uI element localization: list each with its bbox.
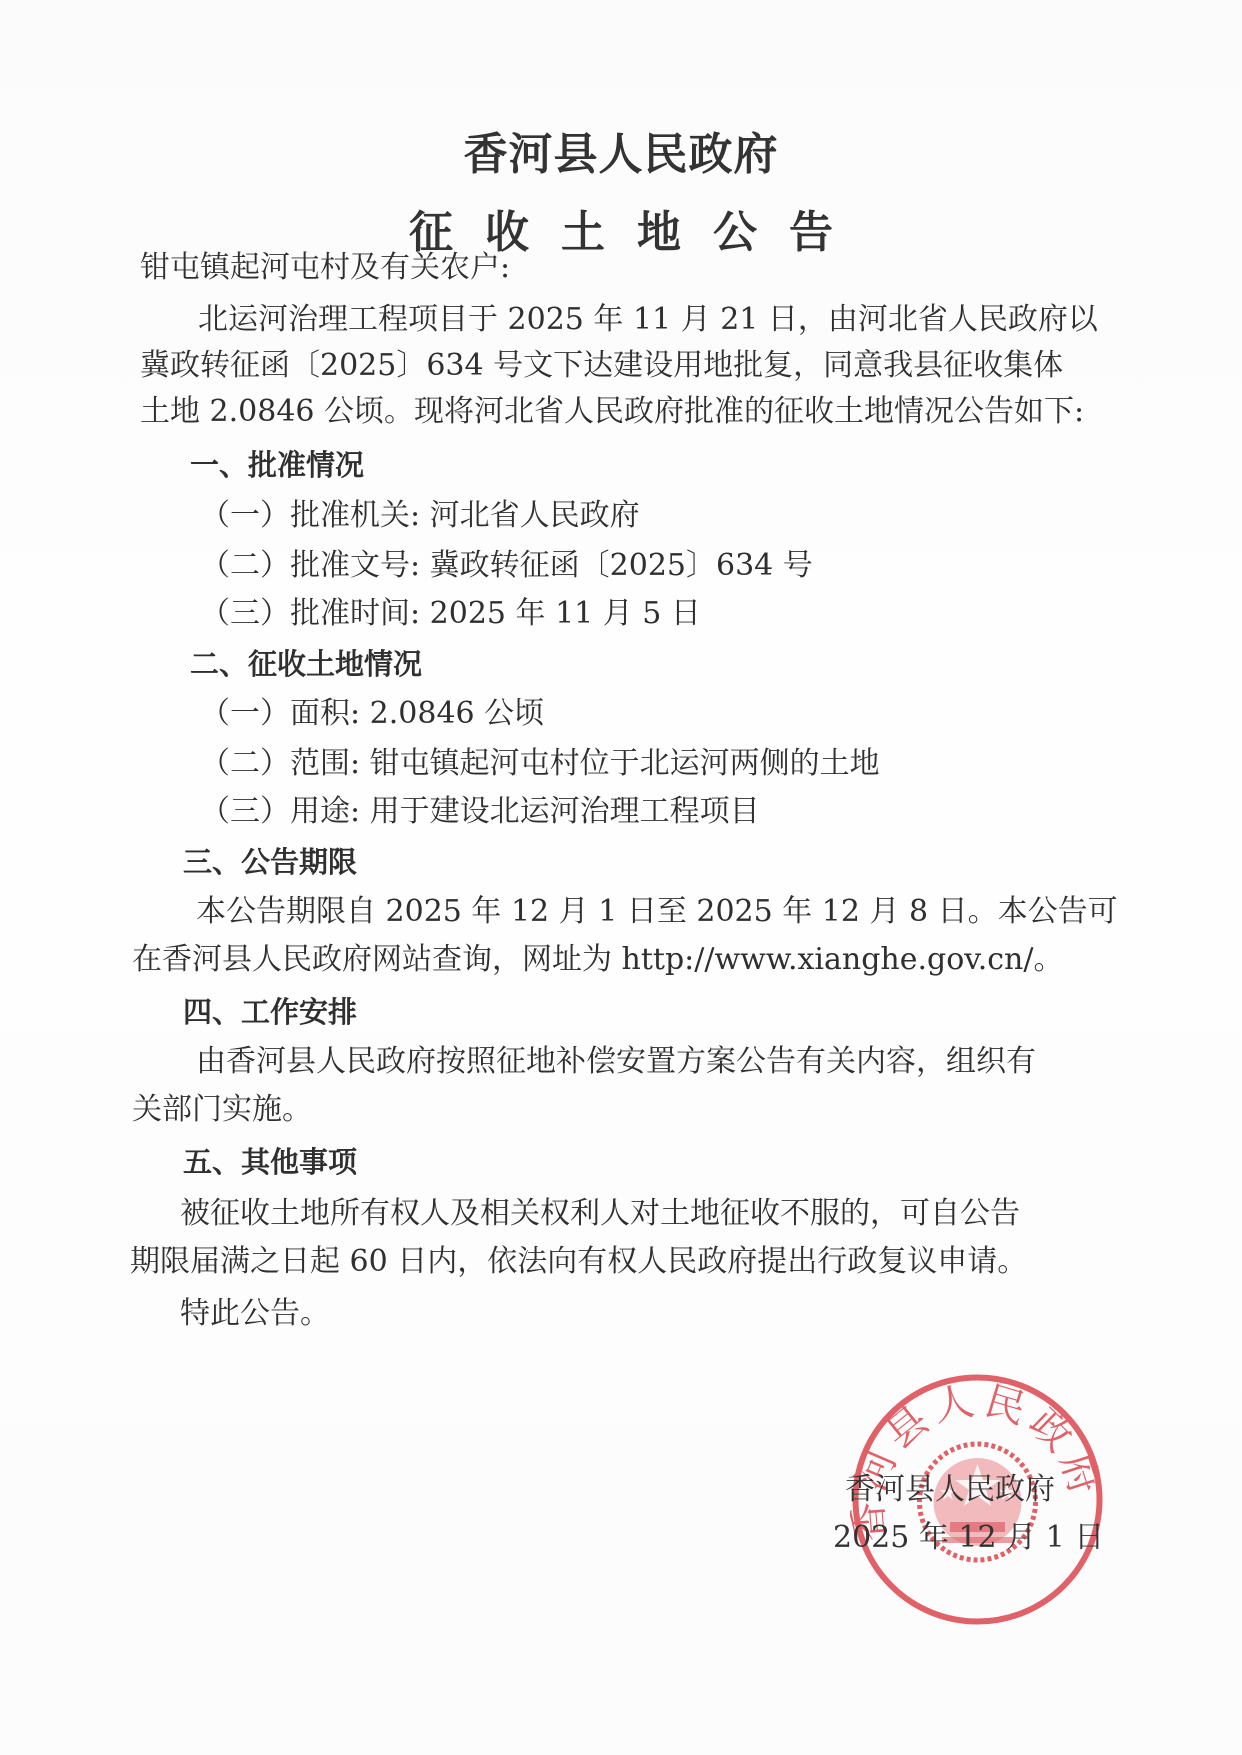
section-heading-approval: 一、批准情况: [190, 443, 364, 487]
intro-line-1: 北运河治理工程项目于 2025 年 11 月 21 日，由河北省人民政府以: [198, 298, 1098, 342]
document-page: 香河县人民政府 征收土地公告 钳屯镇起河屯村及有关农户: 北运河治理工程项目于 …: [0, 0, 1242, 1755]
signature-date: 2025 年 12 月 1 日: [833, 1516, 1104, 1560]
approval-authority: （一）批准机关: 河北省人民政府: [200, 494, 640, 538]
approval-document-number: （二）批准文号: 冀政转征函〔2025〕634 号: [200, 544, 813, 588]
arrangement-line-2: 关部门实施。: [132, 1088, 312, 1132]
land-area: （一）面积: 2.0846 公顷: [200, 692, 544, 736]
intro-line-2: 冀政转征函〔2025〕634 号文下达建设用地批复，同意我县征收集体: [140, 344, 1063, 388]
period-line-1: 本公告期限自 2025 年 12 月 1 日至 2025 年 12 月 8 日。…: [196, 890, 1118, 934]
document-title-issuer: 香河县人民政府: [0, 118, 1242, 182]
intro-line-3: 土地 2.0846 公顷。现将河北省人民政府批准的征收土地情况公告如下:: [140, 390, 1084, 434]
other-line-1: 被征收土地所有权人及相关权利人对土地征收不服的，可自公告: [180, 1192, 1020, 1236]
period-line-2: 在香河县人民政府网站查询，网址为 http://www.xianghe.gov.…: [132, 938, 1063, 982]
closing-statement: 特此公告。: [180, 1292, 330, 1336]
approval-date: （三）批准时间: 2025 年 11 月 5 日: [200, 592, 701, 636]
section-heading-arrangement: 四、工作安排: [183, 990, 357, 1034]
salutation: 钳屯镇起河屯村及有关农户:: [140, 246, 510, 290]
signature-organization: 香河县人民政府: [845, 1468, 1055, 1512]
land-scope: （二）范围: 钳屯镇起河屯村位于北运河两侧的土地: [200, 742, 880, 786]
section-heading-land: 二、征收土地情况: [190, 642, 422, 686]
other-line-2: 期限届满之日起 60 日内，依法向有权人民政府提出行政复议申请。: [130, 1240, 1027, 1284]
arrangement-line-1: 由香河县人民政府按照征地补偿安置方案公告有关内容，组织有: [196, 1040, 1036, 1084]
land-purpose: （三）用途: 用于建设北运河治理工程项目: [200, 790, 760, 834]
section-heading-other: 五、其他事项: [183, 1140, 357, 1184]
section-heading-period: 三、公告期限: [183, 840, 357, 884]
